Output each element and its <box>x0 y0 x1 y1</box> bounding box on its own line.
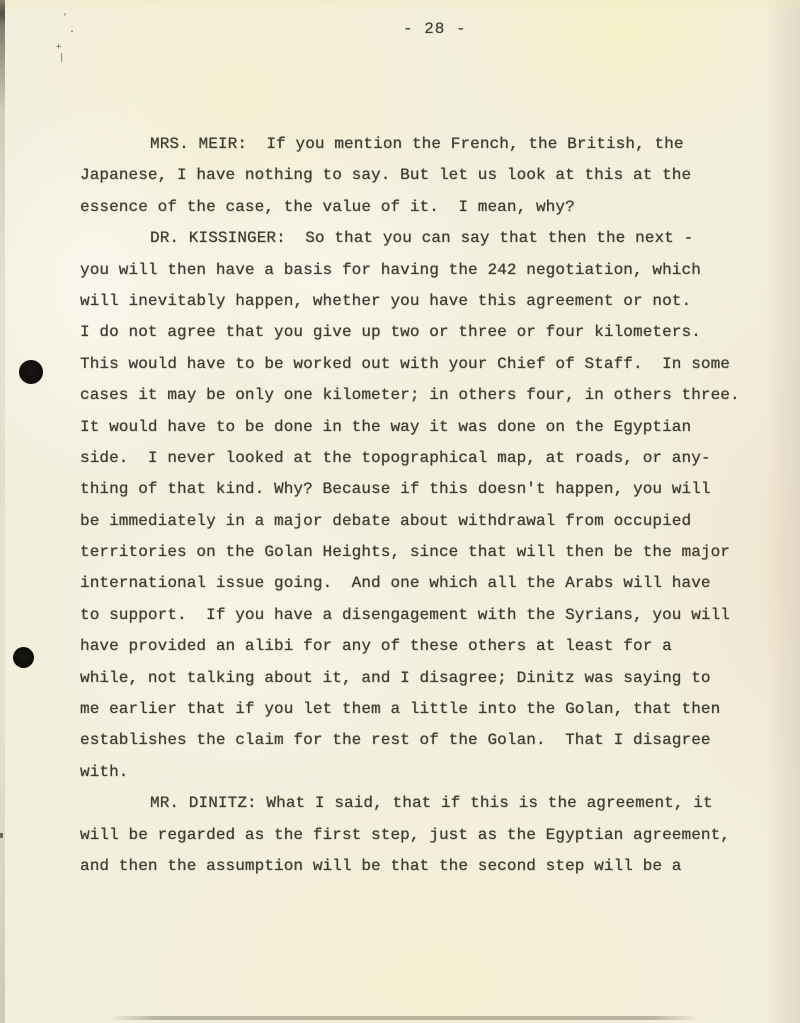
text-line: thing of that kind. Why? Because if this… <box>80 474 770 505</box>
text-line: I do not agree that you give up two or t… <box>80 317 770 348</box>
text-line: you will then have a basis for having th… <box>80 255 770 286</box>
text-line: DR. KISSINGER: So that you can say that … <box>80 223 770 254</box>
document-page: ' . + | - 28 - MRS. MEIR: If you mention… <box>0 0 800 1023</box>
document-body: MRS. MEIR: If you mention the French, th… <box>80 129 770 882</box>
pencil-mark: + <box>56 42 61 52</box>
text-line: to support. If you have a disengagement … <box>80 600 770 631</box>
text-line: side. I never looked at the topographica… <box>80 443 770 474</box>
text-line: establishes the claim for the rest of th… <box>80 725 770 756</box>
text-line: international issue going. And one which… <box>80 568 770 599</box>
text-line: will be regarded as the first step, just… <box>80 820 770 851</box>
text-line: with. <box>80 757 770 788</box>
scan-speck <box>0 833 3 838</box>
text-line: will inevitably happen, whether you have… <box>80 286 770 317</box>
text-line: Japanese, I have nothing to say. But let… <box>80 160 770 191</box>
text-line: MR. DINITZ: What I said, that if this is… <box>80 788 770 819</box>
text-line: while, not talking about it, and I disag… <box>80 663 770 694</box>
text-line: be immediately in a major debate about w… <box>80 506 770 537</box>
text-line: essence of the case, the value of it. I … <box>80 192 770 223</box>
pencil-mark: ' <box>62 12 68 23</box>
text-line: territories on the Golan Heights, since … <box>80 537 770 568</box>
pencil-mark: . <box>69 24 75 35</box>
hole-punch-dot <box>19 360 43 384</box>
text-line: It would have to be done in the way it w… <box>80 412 770 443</box>
text-line: me earlier that if you let them a little… <box>80 694 770 725</box>
hole-punch-dot <box>13 647 34 668</box>
pencil-mark: | <box>59 53 64 63</box>
scan-bottom-edge-line <box>108 1016 700 1020</box>
text-line: cases it may be only one kilometer; in o… <box>80 380 770 411</box>
scan-top-edge-shading <box>0 0 800 14</box>
scan-left-edge-artifact <box>0 0 5 1023</box>
text-line: and then the assumption will be that the… <box>80 851 770 882</box>
page-number: - 28 - <box>403 20 467 38</box>
text-line: have provided an alibi for any of these … <box>80 631 770 662</box>
text-line: MRS. MEIR: If you mention the French, th… <box>80 129 770 160</box>
text-line: This would have to be worked out with yo… <box>80 349 770 380</box>
